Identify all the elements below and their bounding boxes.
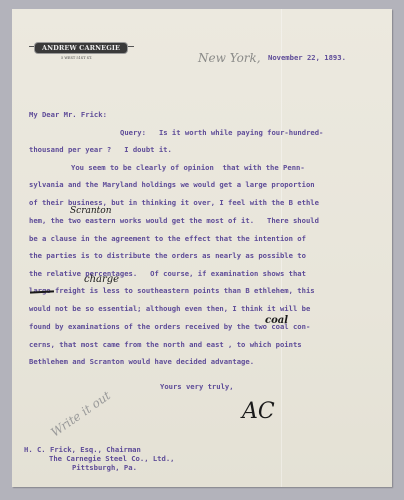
addressee-line: H. C. Frick, Esq., Chairman bbox=[24, 445, 141, 454]
letterhead: ANDREW CARNEGIE 5 WEST 51ST ST. bbox=[29, 41, 134, 69]
body-line: the parties is to distribute the orders … bbox=[29, 251, 306, 260]
signature: AC bbox=[242, 399, 275, 424]
annotation-coal: coal bbox=[265, 315, 288, 326]
letterhead-name: ANDREW CARNEGIE bbox=[35, 43, 127, 53]
date: November 22, 1893. bbox=[268, 53, 346, 62]
body-line: Bethlehem and Scranton would have decide… bbox=[29, 357, 254, 366]
body-line: the relative percentages. Of course, if … bbox=[29, 269, 306, 278]
body-line: Query: Is it worth while paying four-hun… bbox=[120, 128, 323, 137]
letter-page: ANDREW CARNEGIE 5 WEST 51ST ST. New York… bbox=[12, 9, 392, 487]
closing: Yours very truly, bbox=[160, 382, 234, 391]
body-line: You seem to be clearly of opinion that w… bbox=[71, 163, 305, 172]
body-line: large freight is less to southeastern po… bbox=[29, 286, 315, 295]
body-line: cerns, that most came from the north and… bbox=[29, 340, 302, 349]
body-line: sylvania and the Maryland holdings we wo… bbox=[29, 180, 315, 189]
body-line: would not be so essential; although even… bbox=[29, 304, 310, 313]
addressee-line: Pittsburgh, Pa. bbox=[72, 463, 137, 472]
body-line: thousand per year ? I doubt it. bbox=[29, 145, 172, 154]
body-line: be a clause in the agreement to the effe… bbox=[29, 234, 306, 243]
place-script: New York, bbox=[198, 51, 261, 65]
salutation: My Dear Mr. Frick: bbox=[29, 110, 107, 119]
addressee-line: The Carnegie Steel Co., Ltd., bbox=[49, 454, 175, 463]
letterhead-address: 5 WEST 51ST ST. bbox=[61, 56, 92, 60]
paper-fold bbox=[281, 9, 282, 487]
body-line: hem, the two eastern works would get the… bbox=[29, 216, 319, 225]
annotation-charge: charge bbox=[84, 274, 119, 285]
pencil-note: Write it out bbox=[48, 388, 113, 439]
ornament-right-icon bbox=[128, 46, 134, 47]
annotation-scranton: Scranton bbox=[70, 206, 112, 216]
